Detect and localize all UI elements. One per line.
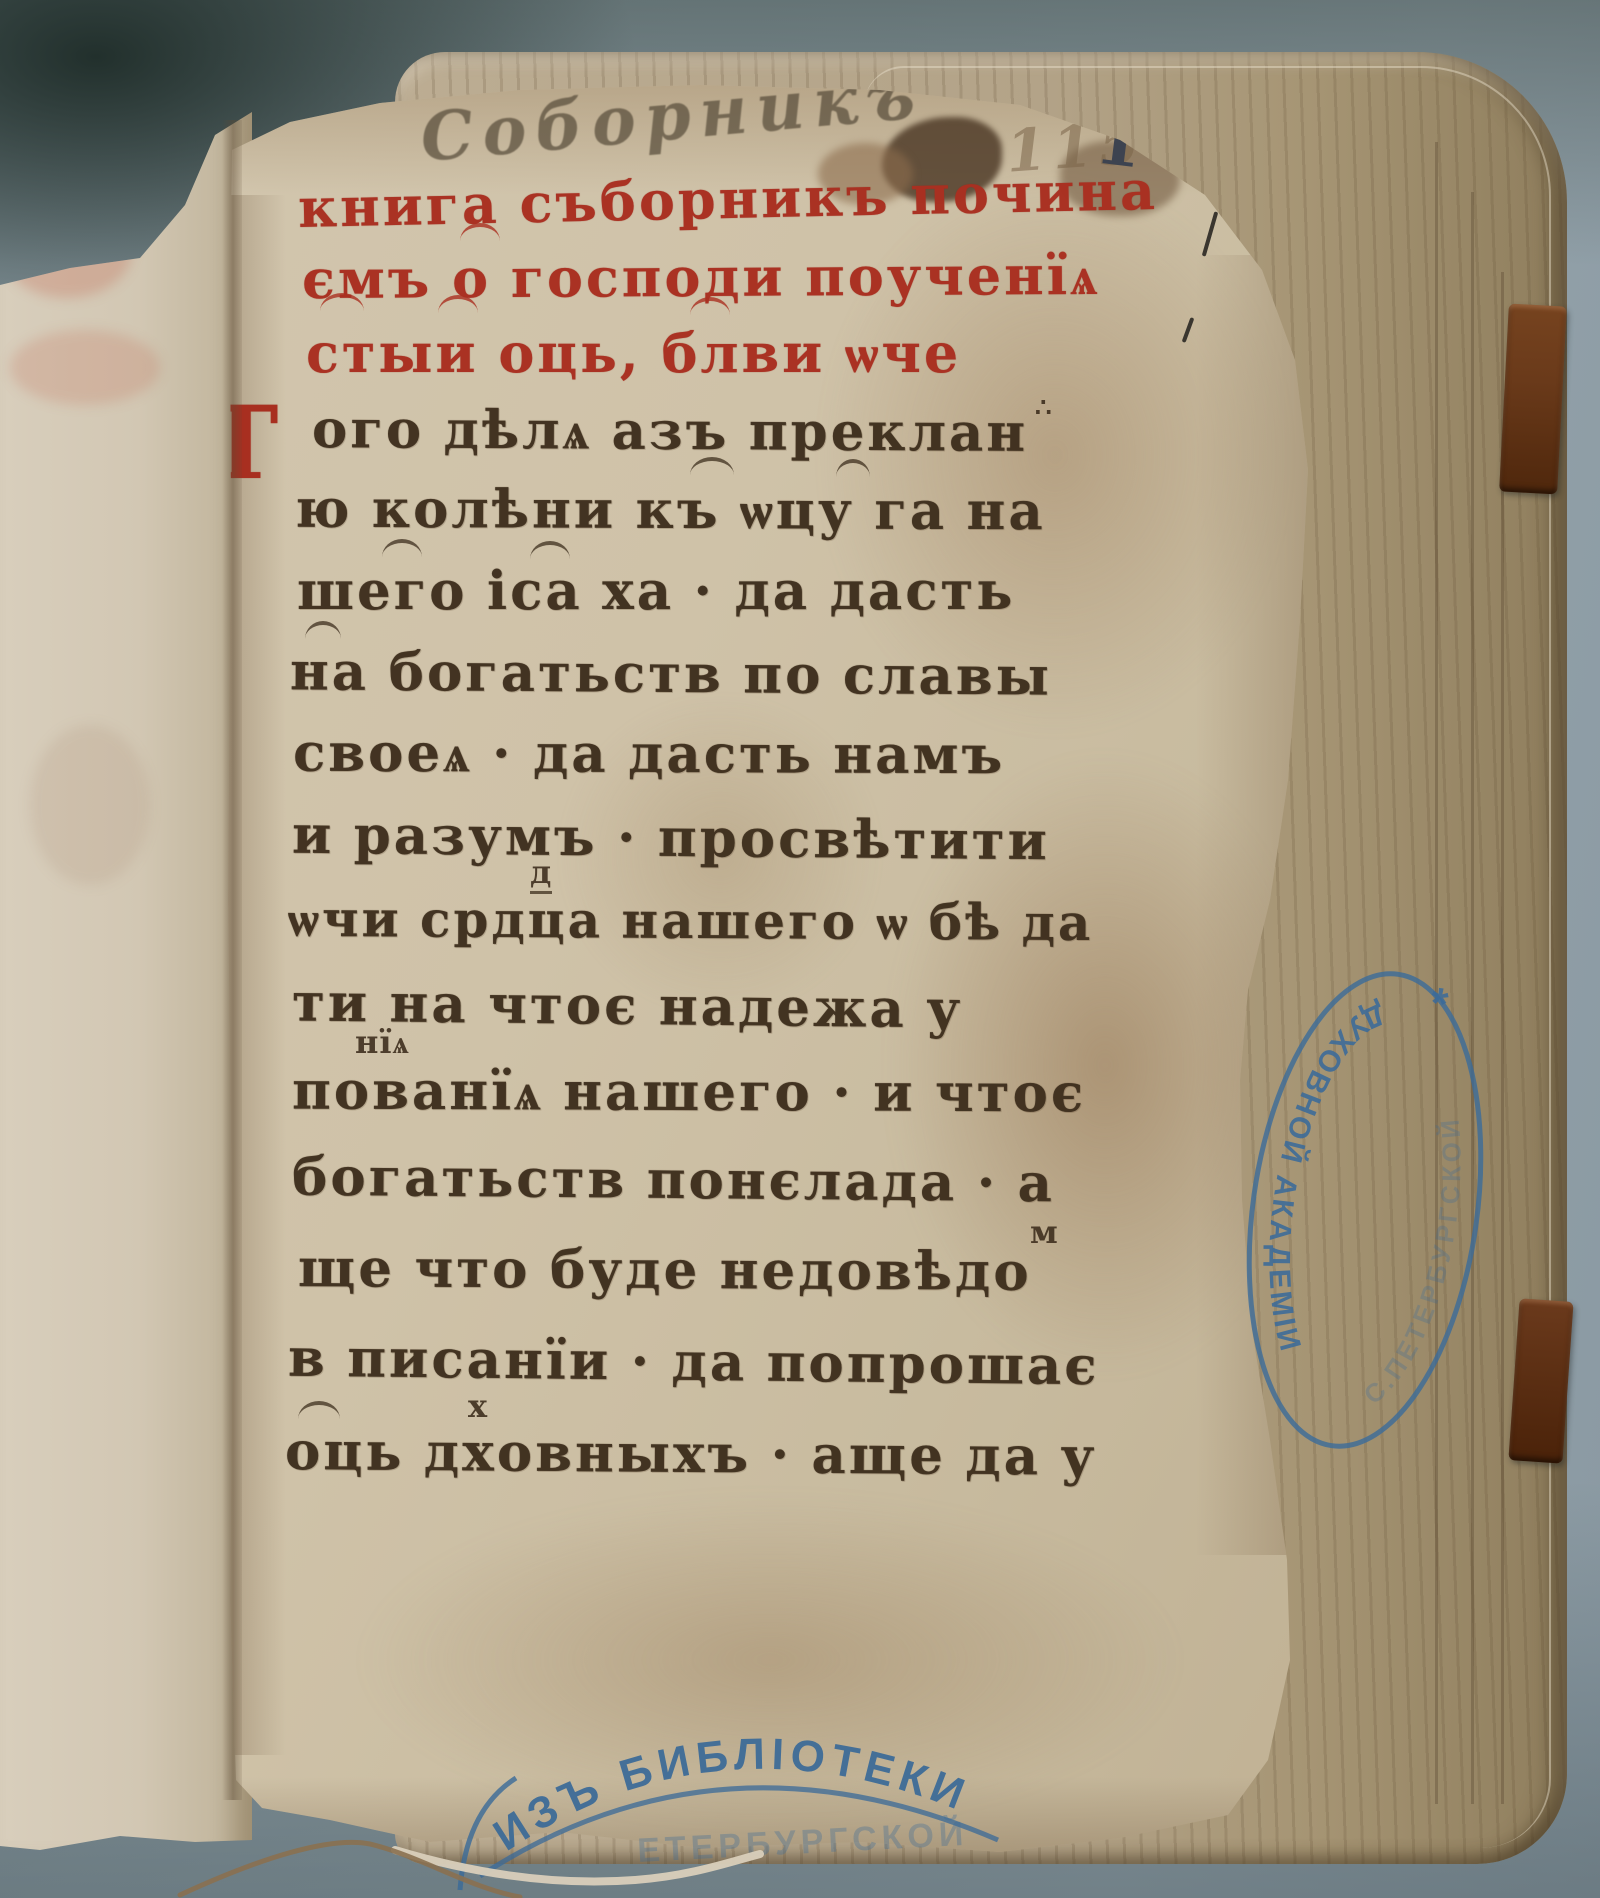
titlo-mark (530, 541, 570, 559)
paper-stain (30, 725, 150, 885)
red-ink-offset-ghost (2, 203, 132, 298)
sewing-threads (130, 1780, 890, 1898)
manuscript-line: ого дѣлѧ азъ преклан (312, 398, 1028, 464)
titlo-mark (305, 621, 341, 639)
manuscript-line: и разумъ · просвѣтити (292, 804, 1050, 873)
superscript-letter: х (468, 1387, 488, 1425)
superscript-letter: м (1030, 1213, 1059, 1251)
svg-text:С.ПЕТЕРБУРГСКОЙ: С.ПЕТЕРБУРГСКОЙ (1355, 1105, 1477, 1418)
oval-stamp-text-faint: С.ПЕТЕРБУРГСКОЙ (1355, 1105, 1477, 1418)
manuscript-line: шего іса ха · да дасть (297, 560, 1015, 622)
sewing-thread-light (395, 1850, 760, 1882)
flyleaf-page (0, 85, 252, 1865)
manuscript-line: ю колѣни къ ѡцу га на (295, 478, 1046, 543)
manuscript-line: богатьств понєлада · а (292, 1146, 1056, 1215)
manuscript-line: пованїѧ нашего · и чтоє (292, 1060, 1086, 1125)
manuscript-line: в писанїи · да попрошає (288, 1327, 1100, 1397)
manuscript-line: своеѧ · да дасть намъ (293, 722, 1005, 786)
svg-text:ДУХОВНОЙ АКАДЕМІИ: ДУХОВНОЙ АКАДЕМІИ (1245, 985, 1394, 1366)
manuscript-page: Соборникъ 115 1 ч книга съборникъ почина… (130, 55, 1326, 1867)
ink-tick (1182, 317, 1195, 343)
manuscript-line: оць дховныхъ · аще да у (285, 1420, 1098, 1488)
binding-clasp-bottom (1508, 1298, 1573, 1463)
titlo-mark (298, 1401, 340, 1419)
titlo-mark (382, 539, 422, 557)
manuscript-line: ще что буде недовѣдо (298, 1237, 1032, 1303)
manuscript-line: ѡчи срдца нашего ѡ бѣ да (288, 889, 1094, 952)
superscript-letter: д (530, 853, 552, 894)
binding-clasp-top (1499, 304, 1567, 495)
gutter-crease (222, 120, 242, 1800)
manuscript-line: на богатьств по славы (290, 640, 1052, 707)
rubric-line: стыи оць, блви ѡче (306, 321, 961, 385)
line-end-dots: ∴ (1035, 393, 1053, 423)
superscript-letters: нїѧ (355, 1023, 410, 1061)
ink-tick (1202, 211, 1219, 256)
oval-stamp-text: ДУХОВНОЙ АКАДЕМІИ (1245, 985, 1394, 1366)
oval-stamp-asterisk: * (1427, 978, 1452, 1029)
red-ink-offset-ghost (10, 330, 160, 405)
